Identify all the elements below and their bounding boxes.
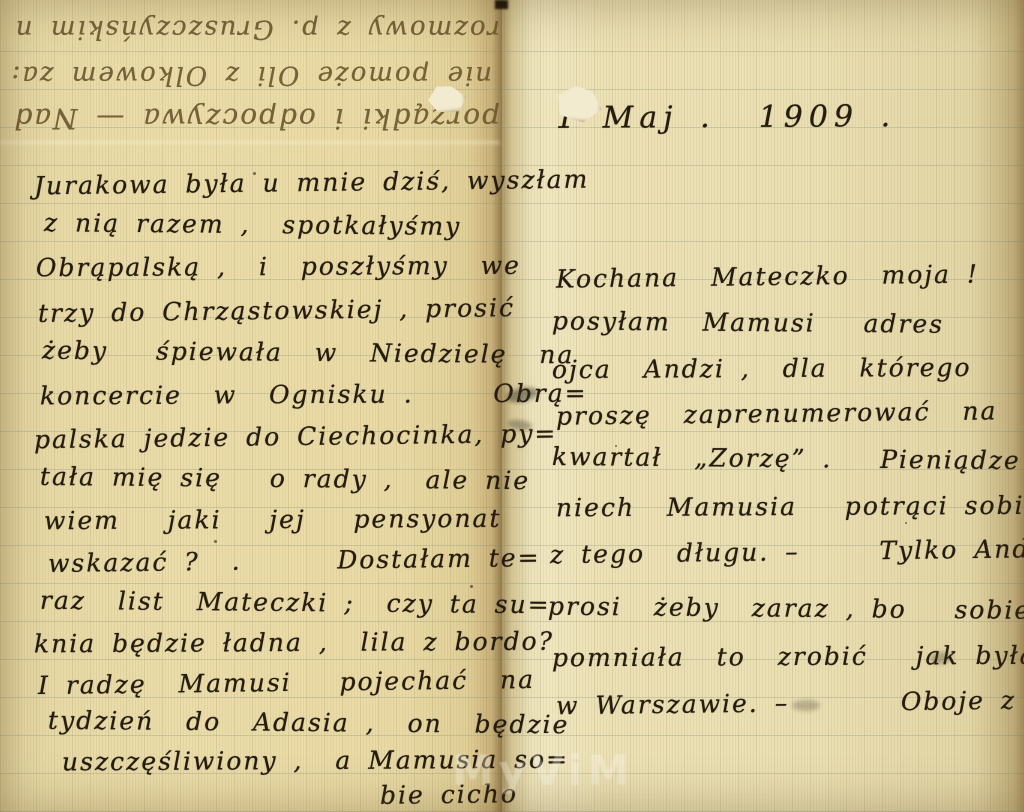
- handwritten-line: posyłam Mamusi adres: [552, 306, 944, 338]
- handwritten-line: tała mię się o rady , ale nie: [40, 462, 530, 495]
- handwritten-line: wskazać ? . Dostałam te=: [48, 543, 541, 578]
- upside-down-line: porządki i odpoczywa — Nad sta: [0, 102, 500, 135]
- handwritten-line: ojca Andzi , dla którego: [552, 353, 972, 384]
- handwritten-line: pomniała to zrobić jak była: [552, 641, 1024, 673]
- ink-speck: [615, 445, 617, 447]
- center-fold-shadow: [495, 0, 508, 9]
- ink-speck: [214, 540, 217, 543]
- handwritten-line: kwartał „Zorzę” . Pieniądze: [552, 442, 1021, 475]
- ink-speck: [334, 306, 336, 308]
- ink-speck: [905, 522, 907, 524]
- handwritten-line: raz list Mateczki ; czy ta su=: [40, 586, 551, 619]
- handwritten-line: Kochana Mateczko moja !: [556, 259, 979, 293]
- handwritten-line: knia będzie ładna , lila z bordo?: [34, 627, 554, 659]
- upside-down-line: rozmowy z p. Gruszczyńskim n: [8, 14, 500, 44]
- horizontal-crease: [0, 141, 500, 144]
- handwritten-line: z tego długu. – Tylko Andzia: [550, 534, 1024, 569]
- letter-scan: rozmowy z p. Gruszczyńskim n nie pomoże …: [0, 0, 1024, 812]
- page-date: 1 Maj . 1909 .: [556, 99, 896, 136]
- handwritten-line: wiem jaki jej pensyonat: [44, 504, 502, 535]
- watermark: MyViM: [452, 746, 634, 795]
- handwritten-line: niech Mamusia potrąci sobie: [556, 491, 1024, 523]
- upside-down-line: nie pomoże Oli z Olkowem za:: [30, 60, 492, 90]
- handwritten-line: Obrąpalską , i poszłyśmy we: [36, 251, 521, 283]
- handwritten-line: tydzień do Adasia , on będzie: [48, 706, 570, 740]
- handwritten-line: żeby śpiewała w Niedzielę na: [42, 336, 575, 370]
- handwritten-line: proszę zaprenumerować na: [556, 396, 998, 430]
- handwritten-line: w Warszawie. – Oboje z Dziu: [556, 685, 1024, 721]
- handwritten-line: trzy do Chrząstowskiej , prosić: [38, 293, 515, 328]
- handwritten-line: prosi żeby zaraz , bo sobie za=: [548, 592, 1024, 626]
- ink-speck: [470, 585, 473, 588]
- handwritten-line: koncercie w Ognisku . Obrą=: [40, 379, 588, 411]
- ink-smudge: [792, 700, 820, 711]
- ink-speck: [253, 172, 256, 175]
- handwritten-line: I radzę Mamusi pojechać na: [38, 665, 535, 700]
- handwritten-line: z nią razem , spotkałyśmy: [44, 208, 462, 241]
